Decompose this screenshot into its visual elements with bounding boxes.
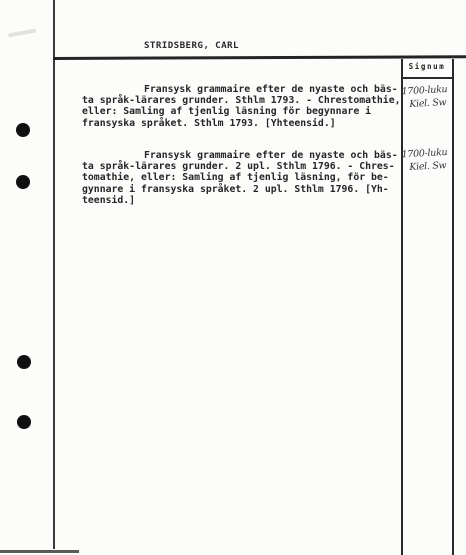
signum-column-header: Signum: [402, 62, 452, 71]
table-top-border: [53, 55, 466, 60]
hole-punch-dot: [17, 415, 31, 429]
signum-annotation-line: Kiel. Sw: [402, 96, 455, 111]
signum-annotation: 1700-luku Kiel. Sw: [401, 147, 454, 175]
signum-annotation: 1700-luku Kiel. Sw: [401, 84, 454, 112]
entry-line: ta språk-lärares grunder. Sthlm 1793. - …: [82, 95, 404, 106]
scan-edge-artifact: [0, 550, 79, 553]
author-heading: STRIDSBERG, CARL: [144, 40, 239, 51]
entry-line: Fransysk grammaire efter de nyaste och b…: [82, 84, 404, 95]
hole-punch-dot: [16, 123, 30, 137]
entry-line: gynnare i fransyska språket. 2 upl. Sthl…: [82, 184, 404, 195]
entry-line: fransyska språket. Sthlm 1793. [Yhteensi…: [82, 118, 404, 129]
signum-annotation-line: Kiel. Sw: [402, 159, 455, 174]
signum-column-left-border: [401, 59, 403, 555]
hole-punch-dot: [16, 175, 30, 189]
signum-column-right-border: [452, 59, 454, 555]
entry-line: Fransysk grammaire efter de nyaste och b…: [82, 150, 404, 161]
signum-header-underline: [401, 77, 454, 79]
entry-line: ta språk-lärares grunder. 2 upl. Sthlm 1…: [82, 161, 404, 172]
entry-line: tomathie, eller: Samling af tjenlig läsn…: [82, 172, 404, 183]
scan-smudge-mark: [8, 29, 36, 38]
catalog-entry: Fransysk grammaire efter de nyaste och b…: [82, 84, 404, 129]
hole-punch-dot: [17, 355, 31, 369]
catalog-entry: Fransysk grammaire efter de nyaste och b…: [82, 150, 404, 206]
entry-line: eller: Samling af tjenlig läsning för be…: [82, 106, 404, 117]
catalog-card: STRIDSBERG, CARL Signum Fransysk grammai…: [0, 0, 466, 555]
left-margin-rule: [53, 0, 55, 549]
entry-line: teensid.]: [82, 195, 404, 206]
